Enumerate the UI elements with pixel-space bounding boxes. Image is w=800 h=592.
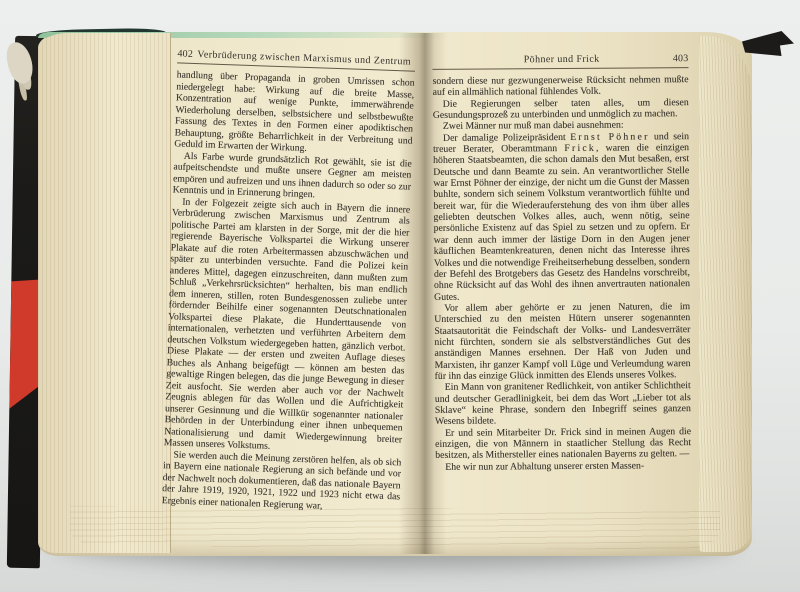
paragraph: sondern diese nur gezwungenerweise Rücks… (433, 74, 689, 98)
right-page: Pöhner und Frick 403 sondern diese nur g… (426, 43, 701, 523)
paragraph: Der damalige Polizeipräsident Ernst Pöhn… (433, 131, 690, 303)
paragraph: Die Regierungen selber taten alles, um d… (433, 97, 689, 121)
paragraph: Ein Mann von granitener Redlichkeit, von… (435, 380, 691, 427)
open-book-photo: 402 Verbrüderung zwischen Marxismus und … (0, 0, 800, 592)
worn-corner-threads (4, 40, 36, 86)
cover-corner-top-right (742, 31, 794, 56)
paragraph: Ehe wir nun zur Abhaltung unserer ersten… (435, 460, 691, 473)
paragraph: handlung über Propaganda in groben Umris… (174, 69, 415, 158)
paragraph: Sie werden auch die Meinung zerstören he… (162, 449, 402, 515)
left-page: 402 Verbrüderung zwischen Marxismus und … (150, 38, 422, 519)
paragraph: Er und sein Mitarbeiter Dr. Frick sind i… (435, 426, 691, 462)
right-page-number: 403 (673, 53, 689, 64)
header-rule (433, 67, 689, 70)
paragraph: In der Folgezeit zeigte sich auch in Bay… (164, 196, 411, 457)
right-running-header: Pöhner und Frick (450, 53, 672, 66)
paragraph: Vor allem aber gehörte er zu jenen Natur… (434, 301, 691, 382)
gutter-shadow (399, 33, 447, 554)
left-page-header: 402 Verbrüderung zwischen Marxismus und … (177, 48, 415, 67)
paragraph: Als Farbe wurde grundsätzlich Rot gewähl… (172, 150, 411, 204)
left-page-number: 402 (177, 48, 193, 60)
right-page-header: Pöhner und Frick 403 (432, 53, 688, 66)
right-page-fore-edge (699, 36, 752, 552)
